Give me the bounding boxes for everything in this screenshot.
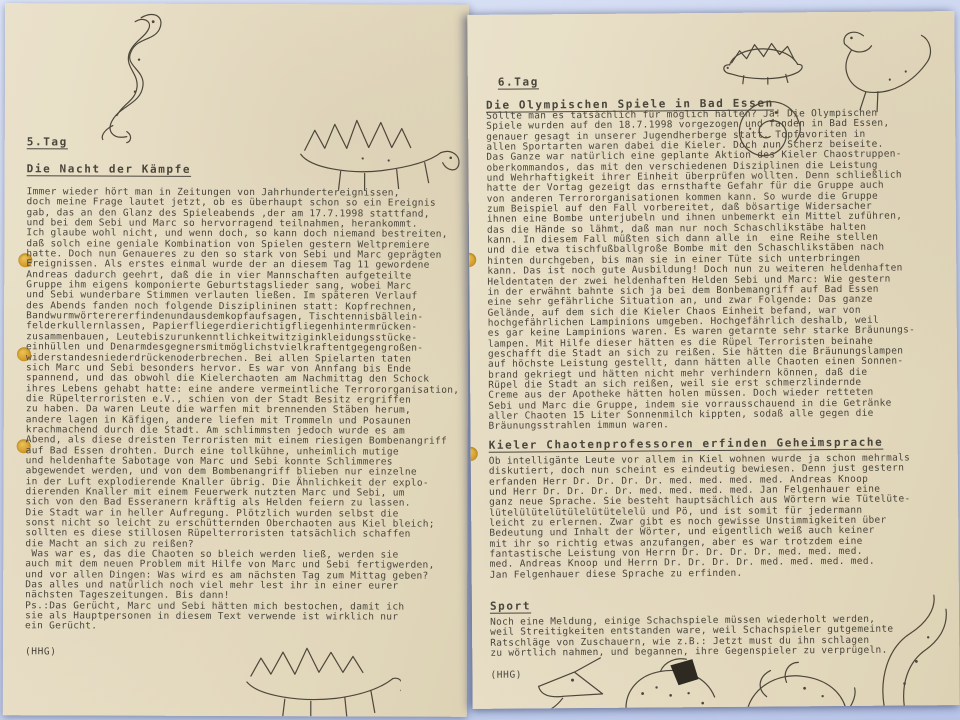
- day-label-right: 6.Tag: [498, 75, 539, 88]
- scanned-page-left: 5.Tag Die Nacht der Kämpfe Immer wieder …: [3, 3, 469, 717]
- tall-dinosaur-sketch: [864, 591, 960, 709]
- section-heading-night-of-fights: Die Nacht der Kämpfe: [27, 162, 191, 176]
- ankylosaurus-sketch: [719, 18, 808, 85]
- scanned-page-right: 6.Tag Die Olympischen Spiele in Bad Esse…: [467, 11, 959, 709]
- pterosaur-head-sketch: [532, 654, 604, 709]
- section-heading-sport: Sport: [490, 599, 531, 612]
- article-body-olympic-games: Sollte man es tatsächlich für möglich ha…: [486, 108, 916, 432]
- stegosaurus-sketch: [293, 102, 469, 195]
- punch-hole: [467, 253, 476, 267]
- section-heading-secret-language: Kieler Chaotenprofessoren erfinden Gehei…: [489, 436, 884, 452]
- document-background: { "colors":{ "paper":"#e6dcc2", "backgro…: [0, 0, 960, 720]
- theropod-sketch: [829, 19, 944, 116]
- article-body-night-of-fights: Immer wieder hört man in Zeitungen von J…: [25, 187, 460, 633]
- author-initials-right: (HHG): [490, 670, 522, 681]
- spotted-dinosaur-sketch: [612, 649, 729, 709]
- horned-dinosaur-sketch: [734, 652, 860, 709]
- day-label-left: 5.Tag: [27, 135, 68, 148]
- punch-hole: [467, 447, 478, 461]
- plesiosaur-sketch: [83, 7, 175, 143]
- author-initials-left: (HHG): [25, 646, 57, 657]
- article-body-secret-language: Ob intelligänte Leute vor allem in Kiel …: [489, 453, 911, 580]
- stegosaurus-bottom-sketch: [241, 626, 401, 717]
